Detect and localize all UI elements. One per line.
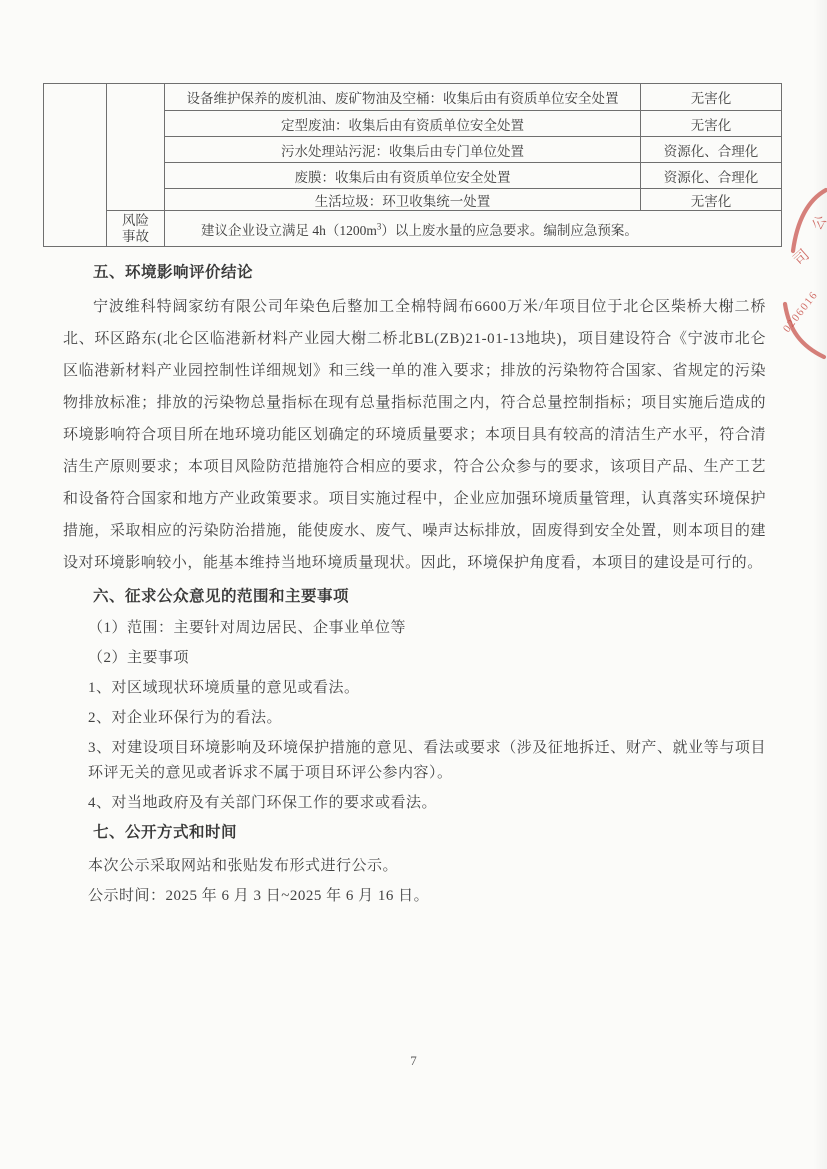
list-item: 4、对当地政府及有关部门环保工作的要求或看法。 (88, 791, 766, 816)
table-row-method: 无害化 (641, 84, 781, 111)
risk-accident-content: 建议企业设立满足 4h（1200m3）以上废水量的应急要求。编制应急预案。 (165, 211, 781, 246)
document-page: { "page": { "number": "7" }, "table": { … (0, 0, 827, 1169)
table-row-description: 废膜：收集后由有资质单位安全处置 (165, 163, 641, 189)
company-seal: 公 司 0206016 (780, 183, 827, 363)
public-opinion-item-list: （1）范围：主要针对周边居民、企事业单位等 （2）主要事项 1、对区域现状环境质… (88, 616, 766, 816)
publicity-info: 本次公示采取网站和张贴发布形式进行公示。 公示时间：2025 年 6 月 3 日… (88, 851, 766, 911)
list-item: 2、对企业环保行为的看法。 (88, 706, 766, 731)
risk-accident-label: 风险 事故 (107, 211, 165, 246)
scan-edge-shading (813, 0, 827, 1169)
table-row-method: 无害化 (641, 189, 781, 211)
seal-char-gong: 公 (810, 213, 827, 233)
document-body: 五、环境影响评价结论 宁波维科特阔家纺有限公司年染色后整加工全棉特阔布6600万… (63, 262, 766, 911)
risk-label-line1: 风险 (122, 213, 149, 229)
table-row-description: 设备维护保养的废机油、废矿物油及空桶：收集后由有资质单位安全处置 (165, 84, 641, 111)
table-empty-category-cell (107, 84, 165, 211)
section-five-heading: 五、环境影响评价结论 (93, 262, 766, 284)
table-row-method: 资源化、合理化 (641, 137, 781, 163)
waste-disposal-table: 设备维护保养的废机油、废矿物油及空桶：收集后由有资质单位安全处置 无害化 定型废… (43, 83, 782, 247)
list-item: （2）主要事项 (88, 646, 766, 671)
list-item: 3、对建设项目环境影响及环境保护措施的意见、看法或要求（涉及征地拆迁、财产、就业… (88, 736, 766, 786)
table-empty-left-cell (44, 84, 107, 246)
publicity-period-line: 公示时间：2025 年 6 月 3 日~2025 年 6 月 16 日。 (88, 881, 766, 911)
section-six-heading: 六、征求公众意见的范围和主要事项 (93, 586, 766, 608)
table-row-description: 定型废油：收集后由有资质单位安全处置 (165, 111, 641, 137)
risk-label-line2: 事故 (122, 229, 149, 245)
page-number: 7 (0, 1053, 827, 1069)
section-seven-heading: 七、公开方式和时间 (93, 822, 766, 844)
list-item: （1）范围：主要针对周边居民、企事业单位等 (88, 616, 766, 641)
conclusion-paragraph: 宁波维科特阔家纺有限公司年染色后整加工全棉特阔布6600万米/年项目位于北仑区柴… (63, 291, 766, 579)
publicity-method-line: 本次公示采取网站和张贴发布形式进行公示。 (88, 851, 766, 881)
table-row-description: 污水处理站污泥：收集后由专门单位处置 (165, 137, 641, 163)
list-item: 1、对区域现状环境质量的意见或看法。 (88, 676, 766, 701)
table-row-description: 生活垃圾：环卫收集统一处置 (165, 189, 641, 211)
table-row-method: 无害化 (641, 111, 781, 137)
table-row-method: 资源化、合理化 (641, 163, 781, 189)
